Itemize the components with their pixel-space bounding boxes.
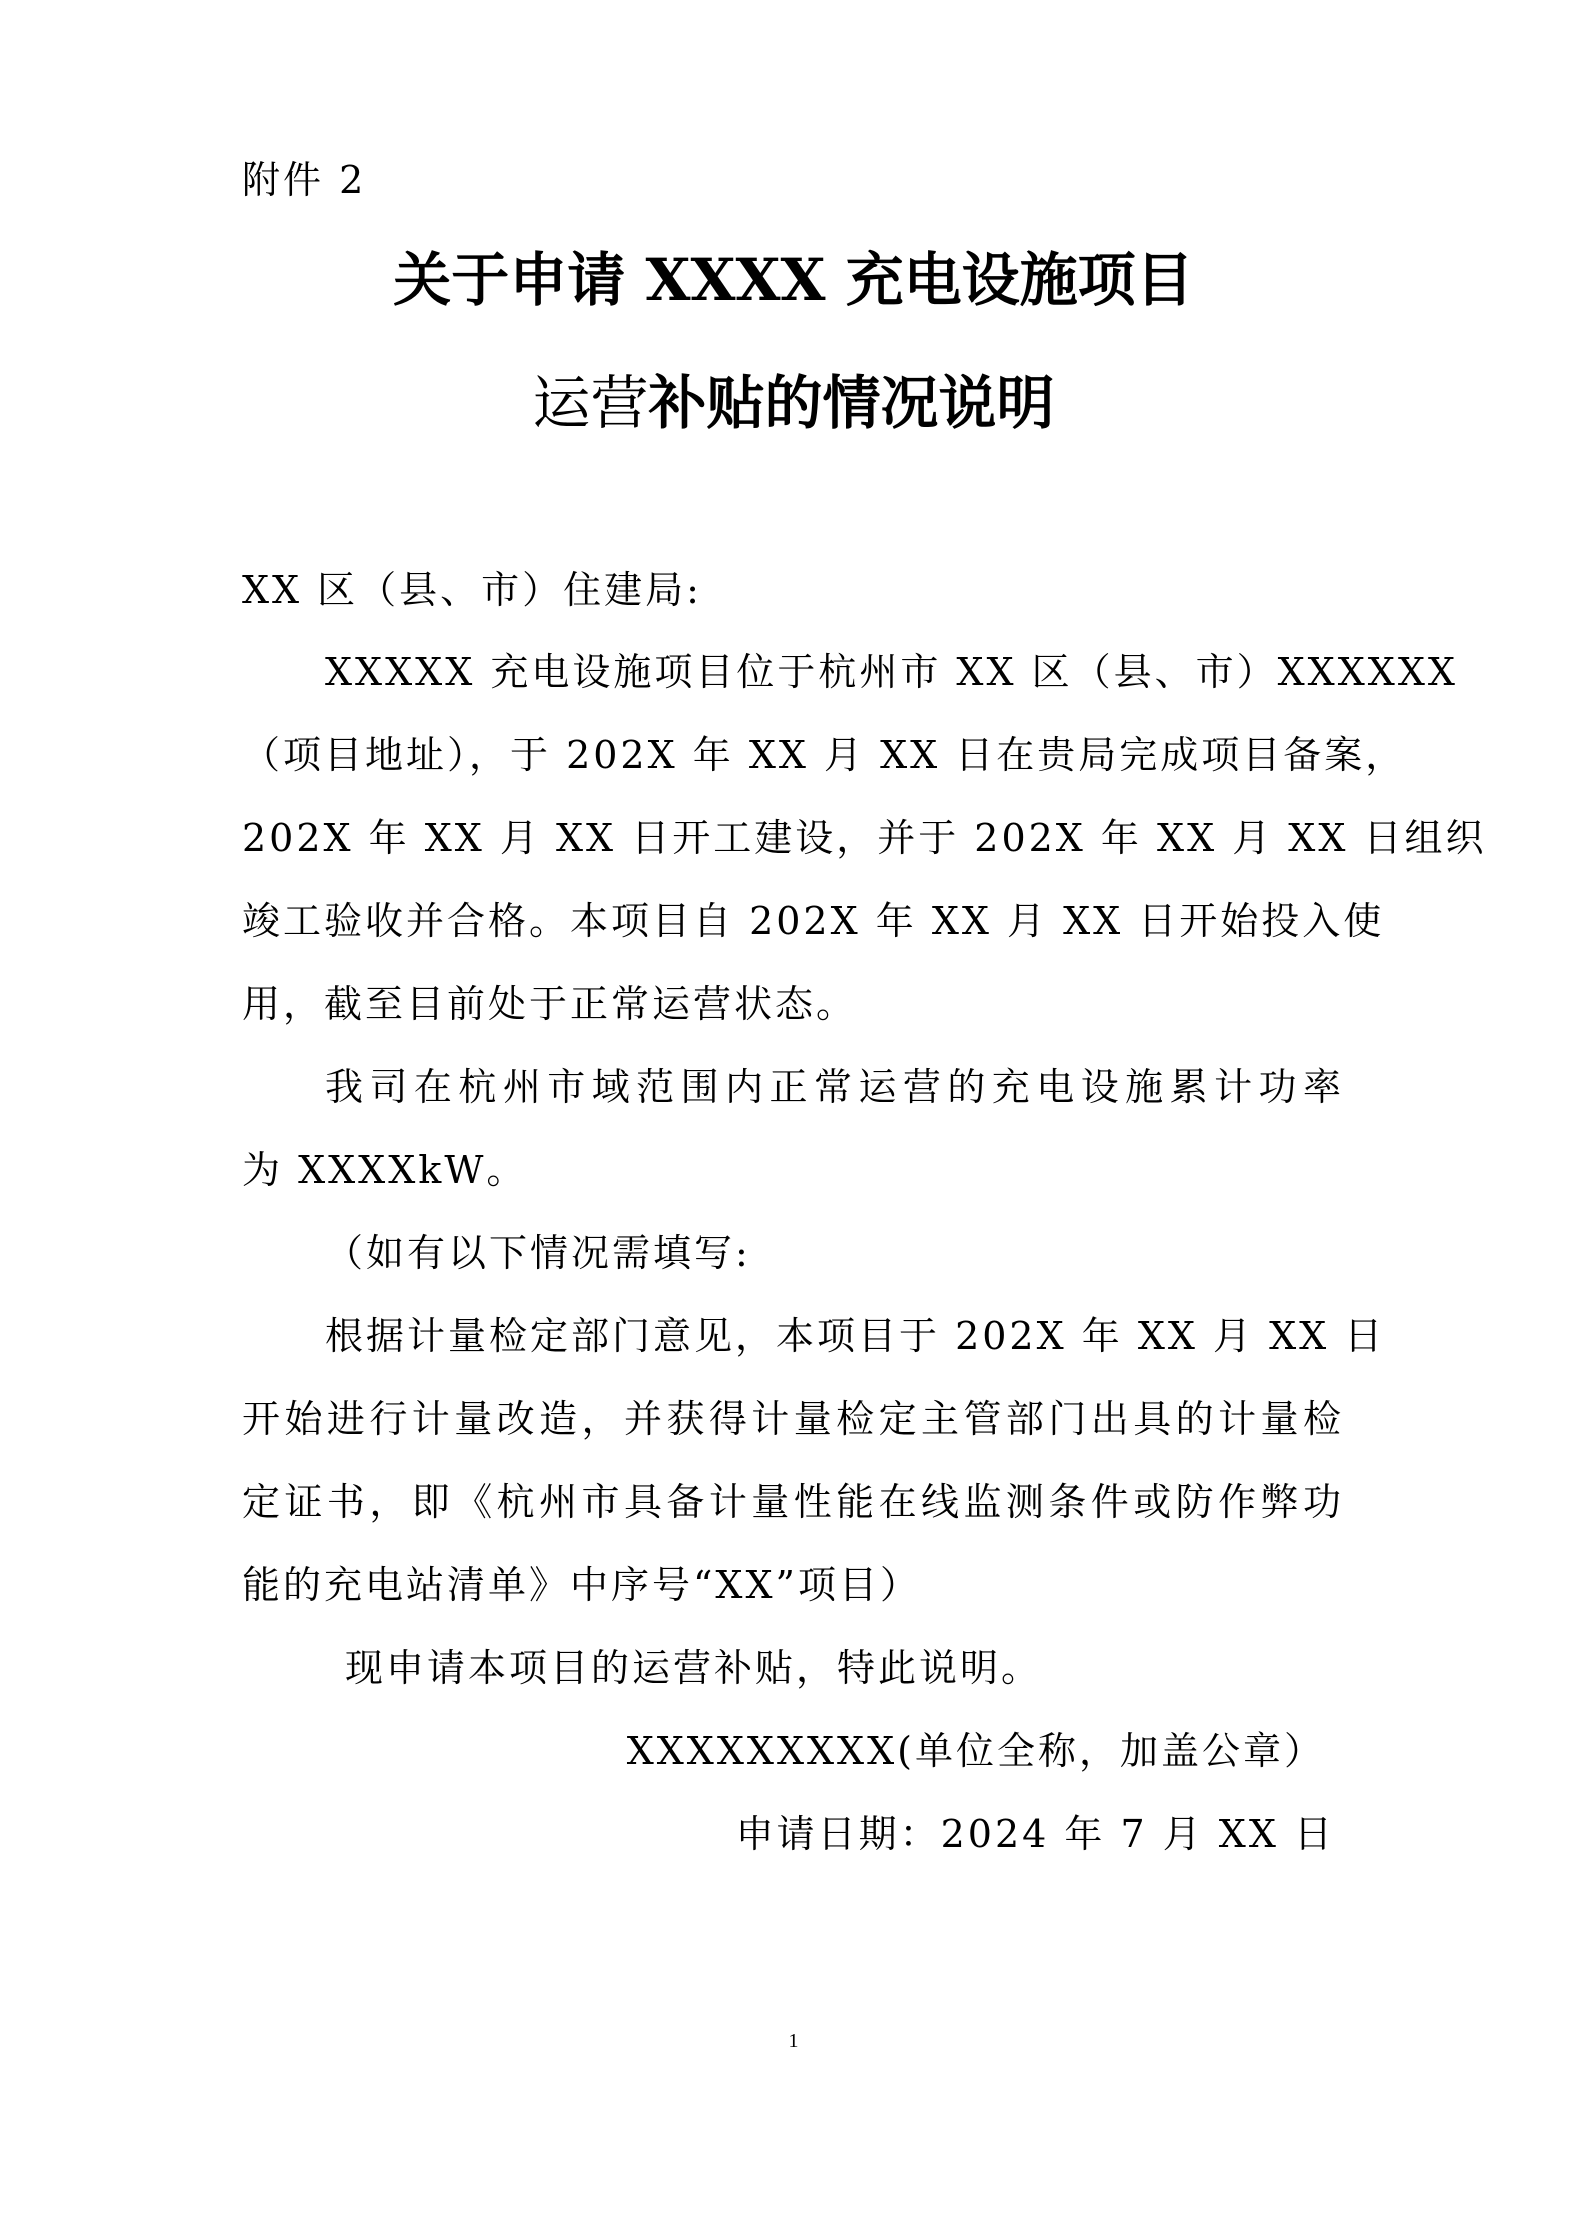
application-date: 申请日期：2024 年 7 月 XX 日 xyxy=(736,1812,1335,1856)
paragraph-4-line-4: 能的充电站清单》中序号“XX”项目） xyxy=(242,1563,921,1607)
signature-line: XXXXXXXXX(单位全称，加盖公章） xyxy=(627,1729,1325,1773)
page-number: 1 xyxy=(0,2030,1587,2053)
paragraph-1-line-2: （项目地址），于 202X 年 XX 月 XX 日在贵局完成项目备案， xyxy=(242,733,1344,777)
paragraph-2-line-2: 为 XXXXkW。 xyxy=(242,1148,527,1192)
attachment-label: 附件 2 xyxy=(242,158,366,202)
paragraph-1-line-3: 202X 年 XX 月 XX 日开工建设，并于 202X 年 XX 月 XX 日… xyxy=(242,816,1344,860)
title-line-2-bold: 补贴的情况说明 xyxy=(649,369,1055,437)
paragraph-2-line-1: 我司在杭州市域范围内正常运营的充电设施累计功率 xyxy=(325,1065,1344,1109)
paragraph-4-line-1: 根据计量检定部门意见，本项目于 202X 年 XX 月 XX 日 xyxy=(325,1314,1344,1358)
salutation: XX 区（县、市）住建局: xyxy=(242,568,702,612)
title-line-2-light: 运营 xyxy=(532,369,648,437)
paragraph-3-line-1: （如有以下情况需填写: xyxy=(325,1231,751,1275)
paragraph-1-line-5: 用，截至目前处于正常运营状态。 xyxy=(242,982,857,1026)
paragraph-5-line-1: 现申请本项目的运营补贴，特此说明。 xyxy=(345,1646,1042,1690)
paragraph-1-line-4: 竣工验收并合格。本项目自 202X 年 XX 月 XX 日开始投入使 xyxy=(242,899,1344,943)
document-title-line-2: 运营补贴的情况说明 xyxy=(0,368,1587,438)
paragraph-4-line-2: 开始进行计量改造，并获得计量检定主管部门出具的计量检 xyxy=(242,1397,1344,1441)
paragraph-1-line-1: XXXXX 充电设施项目位于杭州市 XX 区（县、市）XXXXXX xyxy=(325,650,1344,694)
document-page: 附件 2 关于申请 XXXX 充电设施项目 运营补贴的情况说明 XX 区（县、市… xyxy=(0,0,1587,2213)
document-title-line-1: 关于申请 XXXX 充电设施项目 xyxy=(0,245,1587,315)
paragraph-4-line-3: 定证书，即《杭州市具备计量性能在线监测条件或防作弊功 xyxy=(242,1480,1344,1524)
